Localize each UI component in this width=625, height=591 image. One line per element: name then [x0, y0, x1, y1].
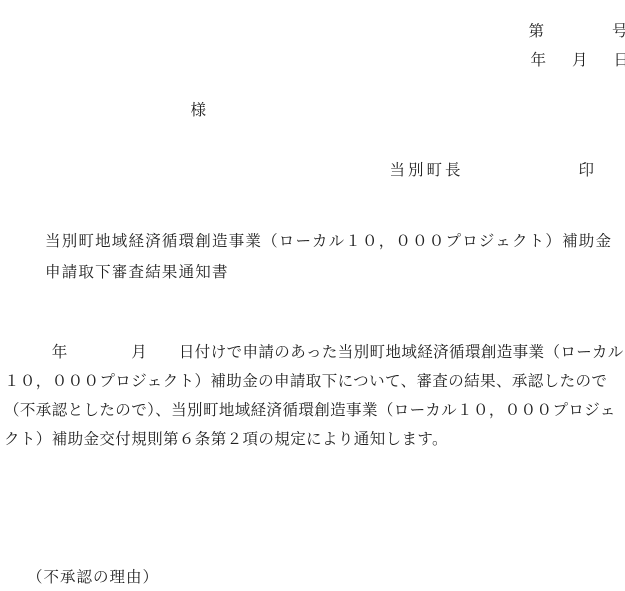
- notice-document-page: 第号 年月日 様 当別町長印 当別町地域経済循環創造事業（ローカル１０，０００プ…: [0, 0, 625, 591]
- date-day-label: 日: [614, 52, 625, 69]
- sender-title: 当別町長: [390, 162, 464, 179]
- body-paragraph-line-2: １０，０００プロジェクト）補助金の申請取下について、審査の結果、承認したので: [4, 373, 607, 391]
- document-title-line-1: 当別町地域経済循環創造事業（ローカル１０，０００プロジェクト）補助金: [45, 233, 612, 251]
- rejection-reason-label: （不承認の理由）: [27, 569, 159, 587]
- date-month-label: 月: [572, 52, 588, 69]
- date-year-label: 年: [531, 52, 547, 69]
- sender-line: 当別町長印: [362, 144, 597, 198]
- addressee-honorific: 様: [191, 102, 207, 119]
- date-line: 年月日: [515, 34, 625, 88]
- document-title-line-2: 申請取下審査結果通知書: [45, 264, 229, 282]
- body-paragraph-line-1: 年 月 日付けで申請のあった当別町地域経済循環創造事業（ローカル: [4, 344, 624, 362]
- addressee-line: 様: [175, 84, 206, 138]
- body-paragraph-line-3: （不承認としたので）、当別町地域経済循環創造事業（ローカル１０，０００プロジェ: [4, 402, 616, 420]
- body-paragraph-line-4: クト）補助金交付規則第６条第２項の規定により通知します。: [4, 431, 448, 449]
- seal-placeholder: 印: [579, 162, 598, 179]
